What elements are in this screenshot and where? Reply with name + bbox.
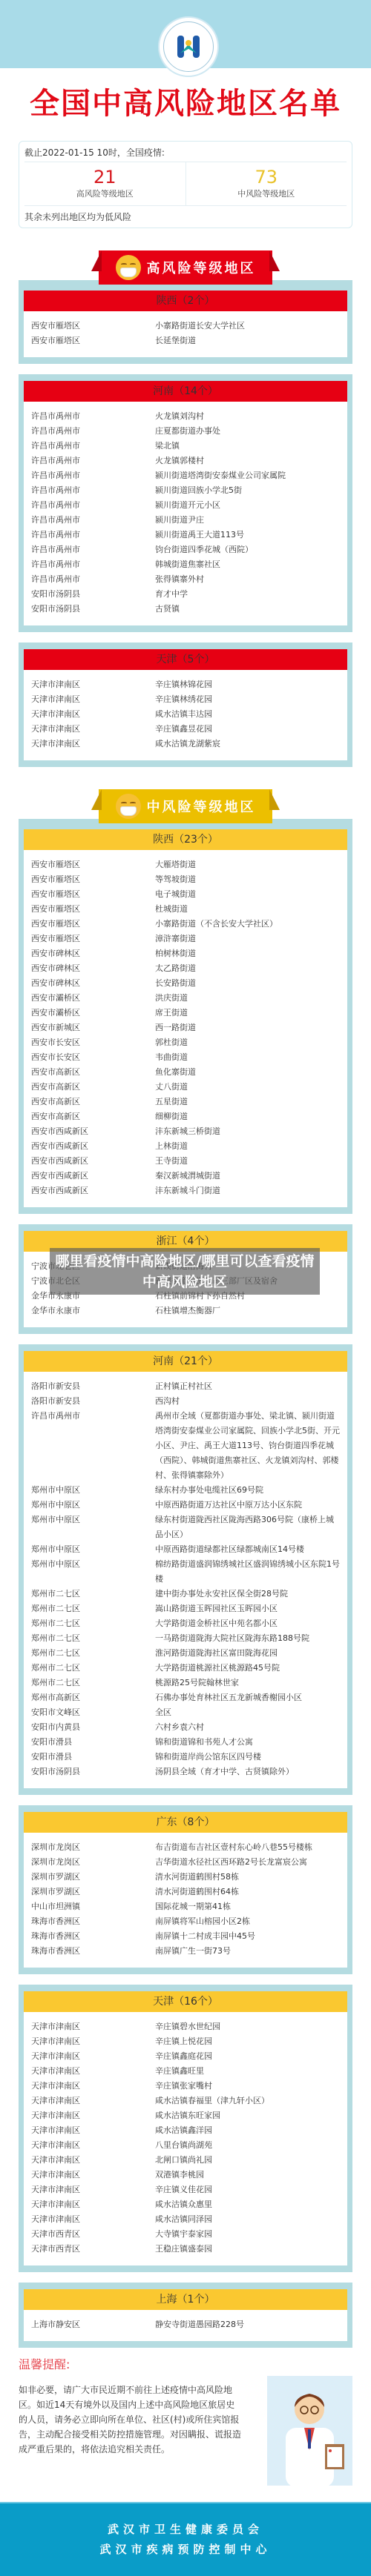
city-district: 天津市津南区	[31, 2138, 155, 2153]
city-district: 上海市静安区	[31, 2317, 155, 2332]
city-district: 天津市津南区	[31, 2212, 155, 2227]
city-district: 天津市津南区	[31, 2034, 155, 2049]
high-risk-banner: 高风险等级地区	[99, 250, 272, 285]
city-district: 天津市西青区	[31, 2242, 155, 2257]
risk-area: 小寨路街道长安大学社区	[155, 319, 340, 333]
area-row: 安阳市滑县锦和街道锦和书苑人才公寓	[31, 1735, 340, 1750]
risk-area: 钧台街道四季花城（西院）	[155, 542, 340, 557]
risk-area: 建中街办事处永安社区保全街28号院	[155, 1587, 340, 1601]
risk-area: 火龙镇郭楼村	[155, 454, 340, 468]
risk-area: 南屏镇十二村成丰园中45号	[155, 1929, 340, 1944]
risk-area: 一马路街道陇海大院社区陇海东路188号院	[155, 1631, 340, 1646]
risk-area: 双港镇李桃园	[155, 2168, 340, 2182]
area-row: 天津市津南区咸水沽镇春福里（津九轩小区）	[31, 2094, 340, 2108]
risk-area: 庄夏都街道办事处	[155, 424, 340, 439]
city-district: 深圳市罗湖区	[31, 1870, 155, 1885]
risk-area: 禹州市全域（夏都街道办事处、梁北镇、颍川街道塔湾街安泰煤业公司家属院、回族小学北…	[155, 1409, 340, 1483]
risk-area: 石柱镇增杰衡器厂	[155, 1304, 340, 1318]
mid-risk-count: 73	[186, 167, 347, 187]
area-row: 天津市西青区王稳庄镇盛泰园	[31, 2242, 340, 2257]
risk-area: 沣东新城斗门街道	[155, 1184, 340, 1198]
risk-area: 秦汉新城渭城街道	[155, 1169, 340, 1184]
city-district: 安阳市汤阴县	[31, 587, 155, 602]
city-district: 郑州市中原区	[31, 1557, 155, 1587]
summary-card: 截止2022-01-15 10时，全国疫情: 21 高风险等级地区 73 中风险…	[19, 141, 352, 228]
area-row: 许昌市禹州市张得镇寨外村	[31, 572, 340, 587]
province-header: 河南（21个）	[24, 1351, 347, 1372]
area-row: 许昌市禹州市颍川街道禹王大道113号	[31, 528, 340, 542]
city-district: 珠海市香洲区	[31, 1929, 155, 1944]
header-banner	[0, 0, 371, 68]
city-district: 西安市高新区	[31, 1095, 155, 1109]
city-district: 西安市长安区	[31, 1035, 155, 1050]
area-row: 许昌市禹州市火龙镇刘沟村	[31, 409, 340, 424]
area-row: 西安市西咸新区上林街道	[31, 1139, 340, 1154]
masked-face-icon	[116, 794, 141, 819]
risk-area: 五星街道	[155, 1095, 340, 1109]
city-district: 安阳市滑县	[31, 1750, 155, 1765]
province-card: 广东（8个）深圳市龙岗区布吉街道布吉社区壹村东心岭八巷55号楼栋深圳市龙岗区吉华…	[19, 1805, 352, 1974]
city-district: 西安市高新区	[31, 1109, 155, 1124]
city-district: 天津市津南区	[31, 2108, 155, 2123]
risk-area: 上林街道	[155, 1139, 340, 1154]
area-row: 许昌市禹州市庄夏都街道办事处	[31, 424, 340, 439]
city-district: 深圳市龙岗区	[31, 1855, 155, 1870]
area-row: 安阳市内黄县六村乡袁六村	[31, 1720, 340, 1735]
risk-area: 咸水沽镇东旺家园	[155, 2108, 340, 2123]
city-district: 天津市津南区	[31, 2049, 155, 2064]
area-row: 许昌市禹州市钧台街道四季花城（西院）	[31, 542, 340, 557]
area-row: 西安市长安区韦曲街道	[31, 1050, 340, 1065]
area-row: 郑州市二七区大学路街道金桥社区中苑名都小区	[31, 1616, 340, 1631]
risk-area: 辛庄镇鑫昱花园	[155, 722, 340, 737]
city-district: 郑州市二七区	[31, 1587, 155, 1601]
province-card: 河南（21个）洛阳市新安县正村镇正村社区洛阳市新安县西沟村许昌市禹州市禹州市全域…	[19, 1344, 352, 1795]
risk-area: 辛庄镇鑫旺里	[155, 2064, 340, 2079]
area-row: 珠海市香洲区南屏镇十二村成丰园中45号	[31, 1929, 340, 1944]
area-row: 西安市雁塔区大雁塔街道	[31, 857, 340, 872]
area-row: 深圳市罗湖区清水河街道鹤围村58栋	[31, 1870, 340, 1885]
area-row: 许昌市禹州市禹州市全域（夏都街道办事处、梁北镇、颍川街道塔湾街安泰煤业公司家属院…	[31, 1409, 340, 1483]
area-row: 郑州市二七区一马路街道陇海大院社区陇海东路188号院	[31, 1631, 340, 1646]
city-district: 深圳市龙岗区	[31, 1840, 155, 1855]
area-row: 西安市雁塔区长延堡街道	[31, 333, 340, 348]
city-district: 安阳市内黄县	[31, 1720, 155, 1735]
area-row: 西安市西咸新区秦汉新城渭城街道	[31, 1169, 340, 1184]
city-district: 西安市西咸新区	[31, 1169, 155, 1184]
city-district: 天津市津南区	[31, 2182, 155, 2197]
area-row: 西安市碑林区长安路街道	[31, 976, 340, 991]
city-district: 安阳市汤阴县	[31, 602, 155, 617]
city-district: 许昌市禹州市	[31, 454, 155, 468]
risk-area: 长延堡街道	[155, 333, 340, 348]
area-row: 西安市雁塔区等驾坡街道	[31, 872, 340, 887]
risk-area: 桃源路25号院翰林世家	[155, 1676, 340, 1690]
risk-area: 小寨路街道（不含长安大学社区）	[155, 917, 340, 932]
risk-area: 辛庄镇上悦花园	[155, 2034, 340, 2049]
province-header: 陕西（23个）	[24, 829, 347, 850]
city-district: 许昌市禹州市	[31, 572, 155, 587]
area-row: 西安市新城区西一路街道	[31, 1020, 340, 1035]
risk-area: 丈八街道	[155, 1080, 340, 1095]
area-row: 许昌市禹州市火龙镇郭楼村	[31, 454, 340, 468]
area-row: 中山市坦洲镇国际花城一期第41栋	[31, 1899, 340, 1914]
city-district: 许昌市禹州市	[31, 424, 155, 439]
area-row: 许昌市禹州市颍川街道塔湾街安泰煤业公司家属院	[31, 468, 340, 483]
province-card: 陕西（2个）西安市雁塔区小寨路街道长安大学社区西安市雁塔区长延堡街道	[19, 280, 352, 364]
as-of-text: 截止2022-01-15 10时，全国疫情:	[24, 142, 347, 162]
risk-area: 梁北镇	[155, 439, 340, 454]
city-district: 天津市津南区	[31, 2197, 155, 2212]
area-row: 郑州市二七区淮河路街道陇海社区富田陇海花园	[31, 1646, 340, 1661]
area-row: 洛阳市新安县正村镇正村社区	[31, 1379, 340, 1394]
city-district: 西安市西咸新区	[31, 1124, 155, 1139]
area-row: 西安市高新区细柳街道	[31, 1109, 340, 1124]
mid-risk-banner: 中风险等级地区	[99, 789, 272, 823]
city-district: 天津市津南区	[31, 2064, 155, 2079]
risk-area: 中原西路街道绿都社区绿都城南区14号楼	[155, 1542, 340, 1557]
city-district: 珠海市香洲区	[31, 1914, 155, 1929]
risk-area: 咸水沽镇春福里（津九轩小区）	[155, 2094, 340, 2108]
city-district: 郑州市二七区	[31, 1601, 155, 1616]
footer-org-1: 武汉市卫生健康委员会	[108, 2520, 263, 2540]
risk-area: 全区	[155, 1705, 340, 1720]
area-row: 安阳市文峰区全区	[31, 1705, 340, 1720]
province-card: 天津（16个）天津市津南区辛庄镇碧水世纪园天津市津南区辛庄镇上悦花园天津市津南区…	[19, 1985, 352, 2272]
risk-area: 育才中学	[155, 587, 340, 602]
risk-area: 洪庆街道	[155, 991, 340, 1006]
area-row: 郑州市中原区棉纺路街道盛润锦绣城社区盛润锦绣城小区东院1号楼	[31, 1557, 340, 1587]
city-district: 天津市津南区	[31, 2094, 155, 2108]
area-row: 天津市津南区辛庄镇林绣花园	[31, 692, 340, 707]
city-district: 西安市高新区	[31, 1080, 155, 1095]
province-header: 天津（5个）	[24, 649, 347, 670]
city-district: 西安市高新区	[31, 1065, 155, 1080]
risk-area: 大寺镇宇泰家园	[155, 2227, 340, 2242]
area-row: 安阳市汤阴县汤阴县全域（育才中学、古贤镇除外）	[31, 1765, 340, 1779]
area-row: 安阳市滑县锦和街道岸尚公馆东区四号楼	[31, 1750, 340, 1765]
area-row: 天津市西青区大寺镇宇泰家园	[31, 2227, 340, 2242]
city-district: 深圳市罗湖区	[31, 1885, 155, 1899]
page-title: 全国中高风险地区名单	[0, 82, 371, 126]
risk-area: 嵩山路街道玉晖园社区玉晖园小区	[155, 1601, 340, 1616]
city-district: 安阳市文峰区	[31, 1705, 155, 1720]
city-district: 西安市灞桥区	[31, 991, 155, 1006]
risk-area: 咸水沽镇同泽园	[155, 2212, 340, 2227]
area-row: 天津市津南区咸水沽镇东旺家园	[31, 2108, 340, 2123]
area-row: 洛阳市新安县西沟村	[31, 1394, 340, 1409]
risk-area: 南屏镇将军山榕园小区2栋	[155, 1914, 340, 1929]
mid-risk-label: 中风险等级地区	[186, 187, 347, 199]
area-row: 珠海市香洲区南屏镇广生一街73号	[31, 1944, 340, 1959]
city-district: 天津市津南区	[31, 707, 155, 722]
risk-area: 太乙路街道	[155, 961, 340, 976]
risk-area: 韩城街道焦寨社区	[155, 557, 340, 572]
area-row: 西安市长安区郭杜街道	[31, 1035, 340, 1050]
area-row: 许昌市禹州市颍川街道开元小区	[31, 498, 340, 513]
area-row: 西安市雁塔区小寨路街道长安大学社区	[31, 319, 340, 333]
risk-area: 咸水沽镇鑫洋园	[155, 2123, 340, 2138]
city-district: 许昌市禹州市	[31, 409, 155, 424]
high-risk-section: 高风险等级地区 陕西（2个）西安市雁塔区小寨路街道长安大学社区西安市雁塔区长延堡…	[0, 250, 371, 767]
risk-area: 颍川街道尹庄	[155, 513, 340, 528]
area-row: 天津市津南区咸水沽镇同泽园	[31, 2212, 340, 2227]
risk-area: 鱼化寨街道	[155, 1065, 340, 1080]
area-row: 天津市津南区咸水沽镇丰达园	[31, 707, 340, 722]
city-district: 西安市雁塔区	[31, 319, 155, 333]
risk-area: 咸水沽镇龙湖紫宸	[155, 737, 340, 751]
risk-area: 杜城街道	[155, 902, 340, 917]
footer: 武汉市卫生健康委员会 武汉市疾病预防控制中心	[0, 2502, 371, 2576]
risk-area: 棉纺路街道盛润锦绣城社区盛润锦绣城小区东院1号楼	[155, 1557, 340, 1587]
area-row: 郑州市高新区石佛办事处育林社区五龙新城香榭园小区	[31, 1690, 340, 1705]
area-row: 郑州市二七区大学路街道桃源社区桃源路45号院	[31, 1661, 340, 1676]
risk-area: 颍川街道开元小区	[155, 498, 340, 513]
mid-risk-stat: 73 中风险等级地区	[185, 162, 347, 205]
city-district: 天津市西青区	[31, 2227, 155, 2242]
city-district: 郑州市二七区	[31, 1616, 155, 1631]
city-district: 西安市雁塔区	[31, 333, 155, 348]
city-district: 许昌市禹州市	[31, 528, 155, 542]
area-row: 西安市雁塔区杜城街道	[31, 902, 340, 917]
high-risk-label: 高风险等级地区	[24, 187, 185, 199]
risk-area: 锦和街道锦和书苑人才公寓	[155, 1735, 340, 1750]
city-district: 天津市津南区	[31, 2123, 155, 2138]
area-row: 珠海市香洲区南屏镇将军山榕园小区2栋	[31, 1914, 340, 1929]
city-district: 郑州市高新区	[31, 1690, 155, 1705]
city-district: 郑州市中原区	[31, 1513, 155, 1542]
province-card: 陕西（23个）西安市雁塔区大雁塔街道西安市雁塔区等驾坡街道西安市雁塔区电子城街道…	[19, 819, 352, 1214]
risk-area: 石佛办事处育林社区五龙新城香榭园小区	[155, 1690, 340, 1705]
city-district: 西安市西咸新区	[31, 1154, 155, 1169]
risk-area: 西一路街道	[155, 1020, 340, 1035]
province-card: 河南（14个）许昌市禹州市火龙镇刘沟村许昌市禹州市庄夏都街道办事处许昌市禹州市梁…	[19, 374, 352, 632]
risk-area: 六村乡袁六村	[155, 1720, 340, 1735]
risk-area: 西沟村	[155, 1394, 340, 1409]
city-district: 天津市津南区	[31, 692, 155, 707]
area-row: 西安市雁塔区漳浒寨街道	[31, 932, 340, 946]
area-row: 安阳市汤阴县育才中学	[31, 587, 340, 602]
area-row: 天津市津南区辛庄镇鑫庭花园	[31, 2049, 340, 2064]
risk-area: 中原西路街道万达社区中原万达小区东院	[155, 1498, 340, 1513]
area-row: 天津市津南区辛庄镇林锦花园	[31, 677, 340, 692]
area-row: 天津市津南区辛庄镇鑫昱花园	[31, 722, 340, 737]
city-district: 西安市雁塔区	[31, 932, 155, 946]
risk-area: 国际花城一期第41栋	[155, 1899, 340, 1914]
risk-area: 细柳街道	[155, 1109, 340, 1124]
reminder-body: 如非必要，请广大市民近期不前往上述疫情中高风险地区。如近14天有境外以及国内上述…	[19, 2383, 241, 2457]
risk-area: 大学路街道桃源社区桃源路45号院	[155, 1661, 340, 1676]
city-district: 天津市津南区	[31, 2168, 155, 2182]
area-row: 西安市高新区鱼化寨街道	[31, 1065, 340, 1080]
risk-area: 咸水沽镇丰达园	[155, 707, 340, 722]
city-district: 西安市雁塔区	[31, 902, 155, 917]
area-row: 郑州市二七区嵩山路街道玉晖园社区玉晖园小区	[31, 1601, 340, 1616]
risk-area: 锦和街道岸尚公馆东区四号楼	[155, 1750, 340, 1765]
risk-area: 辛庄镇林绣花园	[155, 692, 340, 707]
area-row: 郑州市二七区桃源路25号院翰林世家	[31, 1676, 340, 1690]
area-row: 天津市津南区双港镇李桃园	[31, 2168, 340, 2182]
risk-area: 火龙镇刘沟村	[155, 409, 340, 424]
risk-area: 柏树林街道	[155, 946, 340, 961]
city-district: 许昌市禹州市	[31, 483, 155, 498]
city-district: 西安市雁塔区	[31, 872, 155, 887]
area-row: 天津市津南区咸水沽镇龙湖紫宸	[31, 737, 340, 751]
city-district: 西安市碑林区	[31, 961, 155, 976]
risk-area: 王稳庄镇盛泰园	[155, 2242, 340, 2257]
risk-area: 咸水沽镇众惠里	[155, 2197, 340, 2212]
city-district: 许昌市禹州市	[31, 1409, 155, 1483]
city-district: 金华市永康市	[31, 1304, 155, 1318]
risk-area: 沣东新城三桥街道	[155, 1124, 340, 1139]
risk-area: 辛庄镇林锦花园	[155, 677, 340, 692]
city-district: 许昌市禹州市	[31, 468, 155, 483]
area-row: 天津市津南区辛庄镇鑫旺里	[31, 2064, 340, 2079]
logo-h-icon	[173, 31, 204, 62]
area-row: 许昌市禹州市梁北镇	[31, 439, 340, 454]
area-row: 天津市津南区北闸口镇尚礼园	[31, 2153, 340, 2168]
risk-area: 静安寺街道愚园路228号	[155, 2317, 340, 2332]
area-row: 郑州市中原区绿东村办事处电缆社区69号院	[31, 1483, 340, 1498]
risk-area: 长安路街道	[155, 976, 340, 991]
area-row: 郑州市中原区绿东村街道陇西社区陇海西路306号院（康桥上城品小区）	[31, 1513, 340, 1542]
area-row: 郑州市中原区中原西路街道绿都社区绿都城南区14号楼	[31, 1542, 340, 1557]
city-district: 洛阳市新安县	[31, 1379, 155, 1394]
area-row: 西安市碑林区太乙路街道	[31, 961, 340, 976]
province-card: 上海（1个）上海市静安区静安寺街道愚园路228号	[19, 2283, 352, 2348]
city-district: 郑州市二七区	[31, 1631, 155, 1646]
area-row: 安阳市汤阴县古贤镇	[31, 602, 340, 617]
city-district: 许昌市禹州市	[31, 542, 155, 557]
low-risk-note: 其余未列出地区均为低风险	[24, 206, 347, 228]
province-card: 天津（5个）天津市津南区辛庄镇林锦花园天津市津南区辛庄镇林绣花园天津市津南区咸水…	[19, 643, 352, 767]
doctor-illustration	[267, 2376, 352, 2486]
risk-area: 大雁塔街道	[155, 857, 340, 872]
risk-area: 绿东村街道陇西社区陇海西路306号院（康桥上城品小区）	[155, 1513, 340, 1542]
risk-area: 北闸口镇尚礼园	[155, 2153, 340, 2168]
city-district: 许昌市禹州市	[31, 513, 155, 528]
city-district: 中山市坦洲镇	[31, 1899, 155, 1914]
province-header: 上海（1个）	[24, 2289, 347, 2310]
area-row: 天津市津南区辛庄镇碧水世纪园	[31, 2019, 340, 2034]
risk-area: 等驾坡街道	[155, 872, 340, 887]
risk-area: 漳浒寨街道	[155, 932, 340, 946]
province-header: 陕西（2个）	[24, 291, 347, 311]
city-district: 安阳市汤阴县	[31, 1765, 155, 1779]
risk-area: 辛庄镇鑫庭花园	[155, 2049, 340, 2064]
area-row: 天津市津南区辛庄镇上悦花园	[31, 2034, 340, 2049]
risk-area: 辛庄镇碧水世纪园	[155, 2019, 340, 2034]
city-district: 西安市雁塔区	[31, 917, 155, 932]
area-row: 西安市灞桥区洪庆街道	[31, 991, 340, 1006]
city-district: 西安市西咸新区	[31, 1139, 155, 1154]
area-row: 金华市永康市石柱镇增杰衡器厂	[31, 1304, 340, 1318]
reminder-section: 温馨提醒: 如非必要，请广大市民近期不前往上述疫情中高风险地区。如近14天有境外…	[19, 2355, 352, 2496]
city-district: 洛阳市新安县	[31, 1394, 155, 1409]
city-district: 许昌市禹州市	[31, 498, 155, 513]
risk-area: 王寺街道	[155, 1154, 340, 1169]
risk-area: 布吉街道布吉社区壹村东心岭八巷55号楼栋	[155, 1840, 340, 1855]
city-district: 西安市新城区	[31, 1020, 155, 1035]
area-row: 天津市津南区辛庄镇张家嘴村	[31, 2079, 340, 2094]
area-row: 西安市高新区丈八街道	[31, 1080, 340, 1095]
area-row: 西安市碑林区柏树林街道	[31, 946, 340, 961]
city-district: 郑州市中原区	[31, 1498, 155, 1513]
city-district: 天津市津南区	[31, 2019, 155, 2034]
watermark-caption: 哪里看疫情中高险地区/哪里可以查看疫情中高风险地区	[50, 1248, 320, 1295]
risk-area: 大学路街道金桥社区中苑名都小区	[155, 1616, 340, 1631]
area-row: 天津市津南区辛庄镇义佳花园	[31, 2182, 340, 2197]
risk-area: 正村镇正村社区	[155, 1379, 340, 1394]
masked-face-icon	[116, 255, 141, 280]
risk-area: 淮河路街道陇海社区富田陇海花园	[155, 1646, 340, 1661]
city-district: 西安市碑林区	[31, 976, 155, 991]
area-row: 西安市灞桥区席王街道	[31, 1006, 340, 1020]
province-header: 广东（8个）	[24, 1812, 347, 1833]
risk-area: 颍川街道回族小学北5街	[155, 483, 340, 498]
footer-org-2: 武汉市疾病预防控制中心	[99, 2540, 271, 2560]
area-row: 西安市高新区五星街道	[31, 1095, 340, 1109]
risk-area: 南屏镇广生一街73号	[155, 1944, 340, 1959]
risk-area: 颍川街道禹王大道113号	[155, 528, 340, 542]
city-district: 许昌市禹州市	[31, 439, 155, 454]
city-district: 西安市雁塔区	[31, 887, 155, 902]
risk-area: 汤阴县全域（育才中学、古贤镇除外）	[155, 1765, 340, 1779]
risk-area: 清水河街道鹤围村58栋	[155, 1870, 340, 1885]
area-row: 深圳市罗湖区清水河街道鹤围村64栋	[31, 1885, 340, 1899]
city-district: 西安市雁塔区	[31, 857, 155, 872]
city-district: 郑州市中原区	[31, 1483, 155, 1498]
city-district: 西安市碑林区	[31, 946, 155, 961]
city-district: 天津市津南区	[31, 2079, 155, 2094]
risk-area: 古贤镇	[155, 602, 340, 617]
high-risk-count: 21	[24, 167, 185, 187]
city-district: 天津市津南区	[31, 677, 155, 692]
area-row: 西安市西咸新区王寺街道	[31, 1154, 340, 1169]
city-district: 安阳市滑县	[31, 1735, 155, 1750]
risk-area: 吉华街道水径社区西环路2号长龙富宸公寓	[155, 1855, 340, 1870]
city-district: 西安市灞桥区	[31, 1006, 155, 1020]
city-district: 天津市津南区	[31, 722, 155, 737]
city-district: 许昌市禹州市	[31, 557, 155, 572]
risk-area: 辛庄镇张家嘴村	[155, 2079, 340, 2094]
city-district: 天津市津南区	[31, 2153, 155, 2168]
area-row: 许昌市禹州市颍川街道回族小学北5街	[31, 483, 340, 498]
risk-area: 绿东村办事处电缆社区69号院	[155, 1483, 340, 1498]
risk-area: 韦曲街道	[155, 1050, 340, 1065]
city-district: 郑州市二七区	[31, 1646, 155, 1661]
mid-risk-section: 中风险等级地区 陕西（23个）西安市雁塔区大雁塔街道西安市雁塔区等驾坡街道西安市…	[0, 789, 371, 2348]
area-row: 天津市津南区咸水沽镇众惠里	[31, 2197, 340, 2212]
area-row: 西安市西咸新区沣东新城三桥街道	[31, 1124, 340, 1139]
area-row: 许昌市禹州市颍川街道尹庄	[31, 513, 340, 528]
area-row: 许昌市禹州市韩城街道焦寨社区	[31, 557, 340, 572]
city-district: 珠海市香洲区	[31, 1944, 155, 1959]
risk-area: 电子城街道	[155, 887, 340, 902]
risk-area: 辛庄镇义佳花园	[155, 2182, 340, 2197]
city-district: 西安市长安区	[31, 1050, 155, 1065]
city-district: 天津市津南区	[31, 737, 155, 751]
area-row: 深圳市龙岗区布吉街道布吉社区壹村东心岭八巷55号楼栋	[31, 1840, 340, 1855]
risk-area: 席王街道	[155, 1006, 340, 1020]
high-risk-stat: 21 高风险等级地区	[24, 162, 185, 205]
cdc-logo	[158, 16, 219, 77]
reminder-title: 温馨提醒:	[19, 2355, 352, 2372]
city-district: 郑州市二七区	[31, 1676, 155, 1690]
risk-area: 张得镇寨外村	[155, 572, 340, 587]
area-row: 天津市津南区八里台镇尚湖苑	[31, 2138, 340, 2153]
area-row: 西安市雁塔区小寨路街道（不含长安大学社区）	[31, 917, 340, 932]
